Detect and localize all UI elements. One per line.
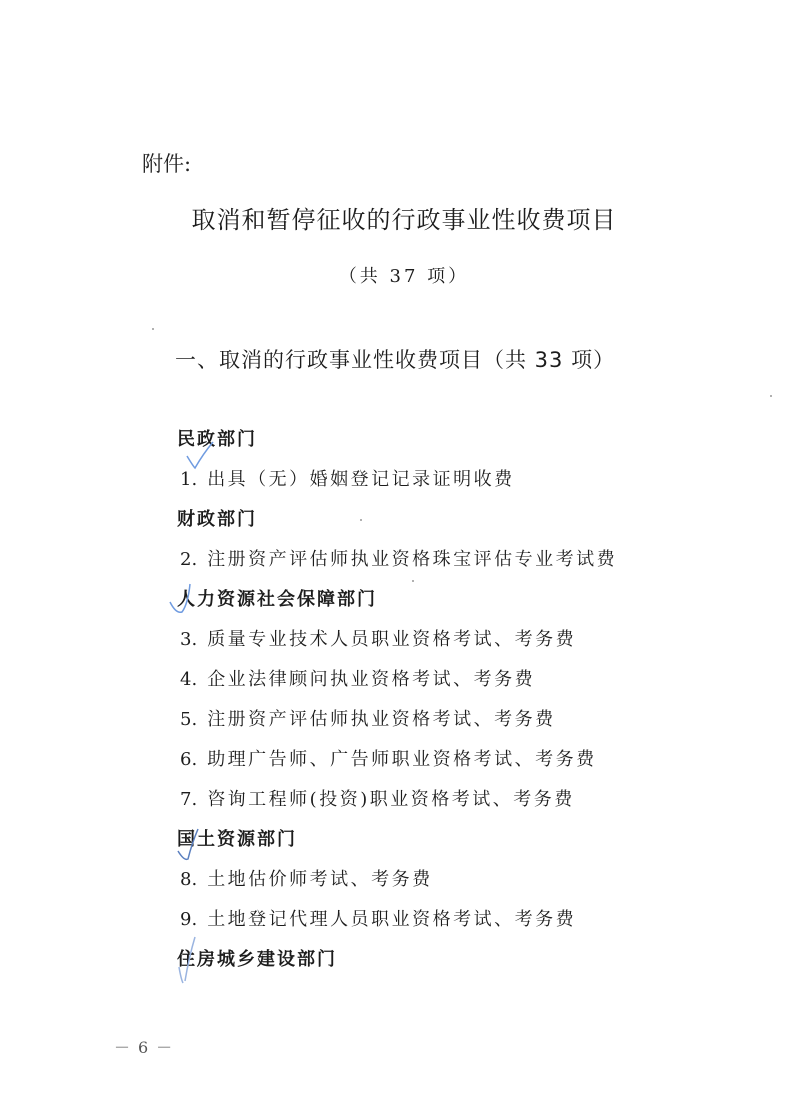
checkmark-annotation-icon xyxy=(168,580,198,620)
checkmark-annotation-icon xyxy=(175,935,205,985)
page-number: －6－ xyxy=(114,1035,180,1058)
checkmark-annotation-icon xyxy=(185,440,215,470)
checkmark-annotation-icon xyxy=(176,825,206,865)
section-heading: 一、取消的行政事业性收费项目（共 33 项） xyxy=(175,344,615,374)
scan-speck xyxy=(152,328,154,330)
attachment-label: 附件: xyxy=(142,148,191,178)
list-item: 6.助理广告师、广告师职业资格考试、考务费 xyxy=(180,745,597,771)
list-item: 1.出具（无）婚姻登记记录证明收费 xyxy=(180,465,515,491)
department-heading: 财政部门 xyxy=(177,505,257,531)
scan-speck xyxy=(360,519,362,521)
scan-speck xyxy=(770,395,772,397)
list-item: 4.企业法律顾问执业资格考试、考务费 xyxy=(180,665,535,691)
list-item: 7.咨询工程师(投资)职业资格考试、考务费 xyxy=(180,785,575,811)
list-item: 5.注册资产评估师执业资格考试、考务费 xyxy=(180,705,556,731)
list-item: 8.土地估价师考试、考务费 xyxy=(180,865,433,891)
scan-speck xyxy=(412,580,414,582)
department-heading: 人力资源社会保障部门 xyxy=(177,585,377,611)
total-count: （共 37 项） xyxy=(0,262,794,288)
list-item: 9.土地登记代理人员职业资格考试、考务费 xyxy=(180,905,576,931)
document-title: 取消和暂停征收的行政事业性收费项目 xyxy=(0,200,794,235)
list-item: 2.注册资产评估师执业资格珠宝评估专业考试费 xyxy=(180,545,617,571)
list-item: 3.质量专业技术人员职业资格考试、考务费 xyxy=(180,625,576,651)
